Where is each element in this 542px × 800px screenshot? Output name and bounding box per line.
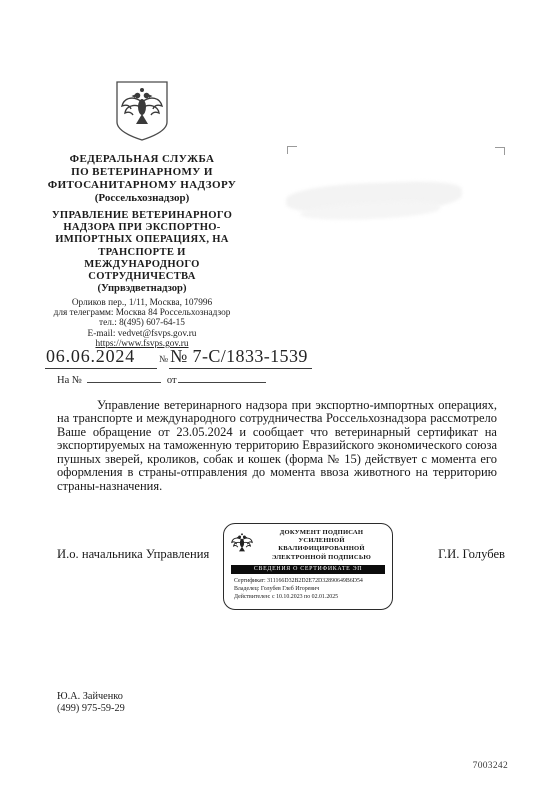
address-line: Орликов пер., 1/11, Москва, 107996 [22, 298, 262, 308]
electronic-signature-stamp: ДОКУМЕНТ ПОДПИСАН УСИЛЕННОЙ КВАЛИФИЦИРОВ… [223, 523, 393, 610]
registration-date: 06.06.2024 [45, 346, 157, 369]
department-short-name: (Упрвэдветнадзор) [22, 283, 262, 295]
registration-number: № 7-С/1833-1539 [169, 346, 312, 369]
telegram-line: для телеграмм: Москва 84 Россельхознадзо… [22, 308, 262, 318]
department-name-line: МЕЖДУНАРОДНОГО [22, 259, 262, 271]
executor-name: Ю.А. Зайченко [57, 691, 125, 703]
reply-reference-line: На № от [57, 371, 266, 386]
esign-validity: Действителен: с 10.10.2023 по 02.01.2025 [230, 594, 386, 602]
signer-name: Г.И. Голубев [438, 547, 505, 562]
stamp-eagle-icon [230, 531, 254, 560]
esign-owner: Владелец: Голубев Глеб Игоревич [230, 586, 386, 594]
signer-role: И.о. начальника Управления [57, 547, 209, 562]
coat-of-arms-icon [114, 80, 170, 142]
executor-block: Ю.А. Зайченко (499) 975-59-29 [57, 691, 125, 716]
addressee-corner-mark-left [287, 146, 297, 154]
redaction-smudge [286, 180, 463, 216]
document-registry-number: 7003242 [473, 761, 508, 771]
reply-from-label: от [167, 375, 177, 386]
redaction-smudge [300, 199, 441, 222]
reply-label: На № [57, 375, 82, 386]
department-name-line: НАДЗОРА ПРИ ЭКСПОРТНО- [22, 222, 262, 234]
registration-line: 06.06.2024 № № 7-С/1833-1539 [45, 346, 312, 369]
esign-certificate-number: Сертификат: 311166D32B2D2E72D32890649B6D… [230, 578, 386, 586]
agency-name-line: ФЕДЕРАЛЬНАЯ СЛУЖБА [22, 153, 262, 166]
body-paragraph: Управление ветеринарного надзора при экс… [57, 399, 497, 493]
form-number-sign: № [157, 355, 169, 367]
scanned-letter-page: ФЕДЕРАЛЬНАЯ СЛУЖБА ПО ВЕТЕРИНАРНОМУ И ФИ… [0, 0, 542, 800]
reply-number-blank [87, 371, 161, 383]
esign-header: ДОКУМЕНТ ПОДПИСАН УСИЛЕННОЙ КВАЛИФИЦИРОВ… [230, 529, 386, 562]
agency-short-name: (Россельхознадзор) [22, 192, 262, 205]
department-name-line: ТРАНСПОРТЕ И [22, 247, 262, 259]
esign-certificate-bar: СВЕДЕНИЯ О СЕРТИФИКАТЕ ЭП [231, 565, 385, 575]
addressee-corner-mark-right [495, 147, 505, 155]
agency-name-line: ПО ВЕТЕРИНАРНОМУ И [22, 166, 262, 179]
esign-title-line: УСИЛЕННОЙ КВАЛИФИЦИРОВАННОЙ [257, 537, 386, 553]
esign-title: ДОКУМЕНТ ПОДПИСАН УСИЛЕННОЙ КВАЛИФИЦИРОВ… [257, 529, 386, 562]
executor-phone: (499) 975-59-29 [57, 703, 125, 715]
letterhead: ФЕДЕРАЛЬНАЯ СЛУЖБА ПО ВЕТЕРИНАРНОМУ И ФИ… [22, 80, 262, 349]
esign-title-line: ЭЛЕКТРОННОЙ ПОДПИСЬЮ [257, 554, 386, 562]
department-name-line: СОТРУДНИЧЕСТВА [22, 271, 262, 283]
email-line: E-mail: vedvet@fsvps.gov.ru [22, 329, 262, 339]
phone-line: тел.: 8(495) 607-64-15 [22, 318, 262, 328]
reply-date-blank [178, 371, 266, 383]
agency-name-line: ФИТОСАНИТАРНОМУ НАДЗОРУ [22, 179, 262, 192]
department-name-line: ИМПОРТНЫХ ОПЕРАЦИЯХ, НА [22, 234, 262, 246]
department-name-line: УПРАВЛЕНИЕ ВЕТЕРИНАРНОГО [22, 210, 262, 222]
esign-title-line: ДОКУМЕНТ ПОДПИСАН [257, 529, 386, 537]
